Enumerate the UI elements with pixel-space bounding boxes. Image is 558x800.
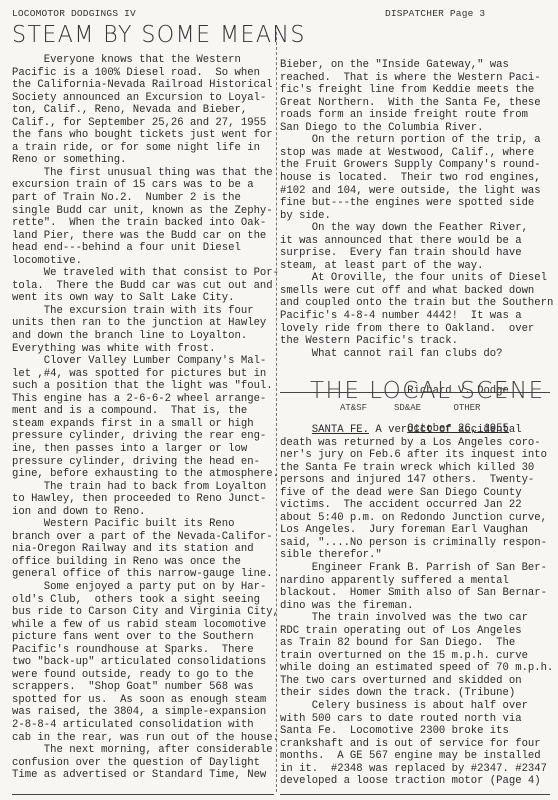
text-line: confusion over the question of Daylight bbox=[12, 757, 279, 770]
text-line: pressure cylinder, driving the head en- bbox=[12, 456, 279, 469]
text-line: nia-Oregon Railway and its station and bbox=[12, 543, 279, 556]
text-line: sible therefor." bbox=[280, 549, 553, 562]
page-end-rule-left bbox=[12, 794, 274, 795]
text-line: The first unusual thing was that the bbox=[12, 167, 279, 180]
newsletter-page: LOCOMOTOR DODGINGS IV DISPATCHER Page 3 … bbox=[0, 0, 558, 800]
running-head-left: LOCOMOTOR DODGINGS IV bbox=[12, 8, 136, 19]
text-line: RDC train operating out of Los Angeles bbox=[280, 625, 553, 638]
text-line: persons and injured 147 others. Twenty- bbox=[280, 474, 553, 487]
text-line: Western Pacific built its Reno bbox=[12, 518, 279, 531]
text-line: while doing an estimated speed of 70 m.p… bbox=[280, 662, 553, 675]
text-line: On the way down the Feather River, bbox=[280, 222, 553, 235]
text-line: about 5:40 p.m. on Redondo Junction curv… bbox=[280, 512, 553, 525]
subhead-other: OTHER bbox=[453, 403, 480, 413]
text-line: The next morning, after considerable bbox=[12, 744, 279, 757]
text-line: scrappers. "Shop Goat" number 568 was bbox=[12, 681, 279, 694]
text-line: such a position that the light was "foul… bbox=[12, 380, 279, 393]
text-line: We traveled with that consist to Por- bbox=[12, 267, 279, 280]
text-line: steam expands first in a small or high bbox=[12, 418, 279, 431]
text-line: crankshaft and is out of service for fou… bbox=[280, 738, 553, 751]
text-line: part of Train No.2. Number 2 is the bbox=[12, 192, 279, 205]
text-line: Calif., for September 25,26 and 27, 1955 bbox=[12, 117, 279, 130]
text-line: Reno or something. bbox=[12, 154, 279, 167]
subhead-atsf: AT&SF bbox=[340, 403, 367, 413]
text-line: Celery business is about half over bbox=[280, 700, 553, 713]
text-line: their sides down the track. (Tribune) bbox=[280, 687, 553, 700]
text-line: the Santa Fe train wreck which killed 30 bbox=[280, 462, 553, 475]
text-line: ion and down to Reno. bbox=[12, 506, 279, 519]
text-line: #102 and 104, were outside, the light wa… bbox=[280, 185, 553, 198]
text-line: victims. The accident occurred Jan 22 bbox=[280, 499, 553, 512]
text-line: roads form an inside freight route from bbox=[280, 109, 553, 122]
text-line: and down the branch line to Loyalton. bbox=[12, 330, 279, 343]
text-line: house is located. Their two rod engines, bbox=[280, 172, 553, 185]
text-line: office building in Reno was once the bbox=[12, 556, 279, 569]
text-line: Everything was white with frost. bbox=[12, 343, 279, 356]
text-line: five of the dead were San Diego County bbox=[280, 487, 553, 500]
text-line: land Pier, there was the Budd car on the bbox=[12, 230, 279, 243]
text-line: it was announced that there would be a bbox=[280, 235, 553, 248]
text-line: lovely ride from there to Oakland. over bbox=[280, 323, 553, 336]
text-line: cab in the rear, was run out of the hous… bbox=[12, 732, 279, 745]
text-line: months. A GE 567 engine may be installed bbox=[280, 750, 553, 763]
text-line: gine, before exhausting to the atmospher… bbox=[12, 468, 279, 481]
text-line: was raised, the 3804, a simple-expansion bbox=[12, 706, 279, 719]
text-line: Clover Valley Lumber Company's Mal- bbox=[12, 355, 279, 368]
text-line: excursion train of 15 cars was to be a bbox=[12, 179, 279, 192]
text-line: The train had to back from Loyalton bbox=[12, 481, 279, 494]
text-line: fic's freight line from Keddie meets the bbox=[280, 84, 553, 97]
text-line: the fans who bought tickets just went fo… bbox=[12, 129, 279, 142]
text-line: dino was the fireman. bbox=[280, 600, 553, 613]
text-line: smells were cut off and what backed down bbox=[280, 285, 553, 298]
text-line: the Western Pacific's track. bbox=[280, 335, 553, 348]
text-line: Great Northern. With the Santa Fe, these bbox=[280, 97, 553, 110]
text-line: train overturned on the 15 m.p.h. curve bbox=[280, 650, 553, 663]
text-line: while a few of us rabid steam locomotive bbox=[12, 619, 279, 632]
text-line: general office of this narrow-gauge line… bbox=[12, 568, 279, 581]
lead-label: SANTA FE. bbox=[312, 424, 369, 436]
text-line: spotted for us. As soon as enough steam bbox=[12, 694, 279, 707]
text-line: Bieber, on the "Inside Gateway," was bbox=[280, 59, 553, 72]
text-line: bus ride to Carson City and Virginia Cit… bbox=[12, 606, 279, 619]
subhead-sdae: SD&AE bbox=[394, 403, 421, 413]
text-line: said, "....No person is criminally respo… bbox=[280, 537, 553, 550]
text-line: developed a loose traction motor (Page 4… bbox=[280, 775, 553, 788]
article-steam-left-column: Everyone knows that the WesternPacific i… bbox=[12, 54, 279, 782]
text-line: ment and is a compound. That is, the bbox=[12, 405, 279, 418]
text-line: units then ran to the junction at Hawley bbox=[12, 317, 279, 330]
text-line: The train involved was the two car bbox=[280, 612, 553, 625]
text-line: What cannot rail fan clubs do? bbox=[280, 348, 553, 361]
text-line: to Hawley, then proceeded to Reno Junct- bbox=[12, 493, 279, 506]
text-line: single Budd car unit, known as the Zephy… bbox=[12, 205, 279, 218]
text-line: Pacific's 4-8-4 number 4442! It was a bbox=[280, 310, 553, 323]
text-line: blackout. Homer Smith also of San Bernar… bbox=[280, 587, 553, 600]
text-line: as Train 82 bound for San Diego. The bbox=[280, 637, 553, 650]
article-local-scene-body: SANTA FE. A verdict of accidentaldeath w… bbox=[280, 424, 553, 788]
text-line: Everyone knows that the Western bbox=[12, 54, 279, 67]
text-line: reached. That is where the Western Paci- bbox=[280, 72, 553, 85]
page-end-rule-right bbox=[280, 794, 550, 795]
text-line: picture fans went over to the Southern bbox=[12, 631, 279, 644]
text-line: At Oroville, the four units of Diesel bbox=[280, 272, 553, 285]
text-line: the California-Nevada Railroad Historica… bbox=[12, 79, 279, 92]
text-line: Santa Fe. Locomotive 2300 broke its bbox=[280, 725, 553, 738]
text-line: ton, Calif., Reno, Nevada and Bieber, bbox=[12, 104, 279, 117]
text-line: Pacific is a 100% Diesel road. So when bbox=[12, 67, 279, 80]
text-line: with 500 cars to date routed north via bbox=[280, 713, 553, 726]
text-line: On the return portion of the trip, a bbox=[280, 134, 553, 147]
text-line: Some enjoyed a party put on by Har- bbox=[12, 581, 279, 594]
text-line: Society announced an Excursion to Loyal- bbox=[12, 92, 279, 105]
text-line: ine, then passes into a larger or low bbox=[12, 443, 279, 456]
text-line: the Fruit Growers Supply Company's round… bbox=[280, 159, 553, 172]
text-line: SANTA FE. A verdict of accidental bbox=[280, 424, 553, 437]
text-line: were found outside, ready to go to the bbox=[12, 669, 279, 682]
text-line: tola. There the Budd car was cut out and bbox=[12, 280, 279, 293]
text-line: branch over a part of the Nevada-Califor… bbox=[12, 531, 279, 544]
text-line: Los Angeles. Jury foreman Earl Vaughan bbox=[280, 524, 553, 537]
text-line: in it. #2348 was replaced by #2347. #234… bbox=[280, 763, 553, 776]
text-line: The two cars overturned and skidded on bbox=[280, 675, 553, 688]
article-title-steam: STEAM BY SOME MEANS bbox=[12, 22, 306, 48]
text-line: fine but---the engines were spotted side bbox=[280, 197, 553, 210]
text-line: let ,#4, was spotted for pictures but in bbox=[12, 368, 279, 381]
text-line: surprise. Every fan train should have bbox=[280, 247, 553, 260]
text-line: San Diego to the Columbia River. bbox=[280, 122, 553, 135]
text-line: went its own way to Salt Lake City. bbox=[12, 292, 279, 305]
text-line: by side. bbox=[280, 210, 553, 223]
article-title-local-scene: THE LOCAL SCENE bbox=[310, 378, 545, 404]
text-line: nardino apparently suffered a mental bbox=[280, 575, 553, 588]
text-line: This engine has a 2-6-6-2 wheel arrange- bbox=[12, 393, 279, 406]
text-line: locomotive. bbox=[12, 255, 279, 268]
text-line: a train ride, or for some night life in bbox=[12, 142, 279, 155]
text-line: steam, at least part of the way. bbox=[280, 260, 553, 273]
text-line: stop was made at Westwood, Calif., where bbox=[280, 147, 553, 160]
text-line: old's Club, others took a sight seeing bbox=[12, 594, 279, 607]
text-line: two "back-up" articulated consolidations bbox=[12, 656, 279, 669]
text-line: The excursion train with its four bbox=[12, 305, 279, 318]
text-line: Time as advertised or Standard Time, New bbox=[12, 769, 279, 782]
text-line: ner's jury on Feb.6 after its inquest in… bbox=[280, 449, 553, 462]
running-head-right: DISPATCHER Page 3 bbox=[385, 8, 485, 19]
text-line: Engineer Frank B. Parrish of San Ber- bbox=[280, 562, 553, 575]
text-line: Pacific's roundhouse at Sparks. There bbox=[12, 644, 279, 657]
text-line: 2-8-8-4 articulated consolidation with bbox=[12, 719, 279, 732]
text-line: and coupled onto the train but the South… bbox=[280, 297, 553, 310]
text-line: pressure cylinder, driving the rear eng- bbox=[12, 430, 279, 443]
text-line: head end---behind a four unit Diesel bbox=[12, 242, 279, 255]
local-scene-subheads: AT&SF SD&AE OTHER bbox=[340, 403, 480, 413]
text-line: death was returned by a Los Angeles coro… bbox=[280, 437, 553, 450]
text-line: rette". When the train backed into Oak- bbox=[12, 217, 279, 230]
